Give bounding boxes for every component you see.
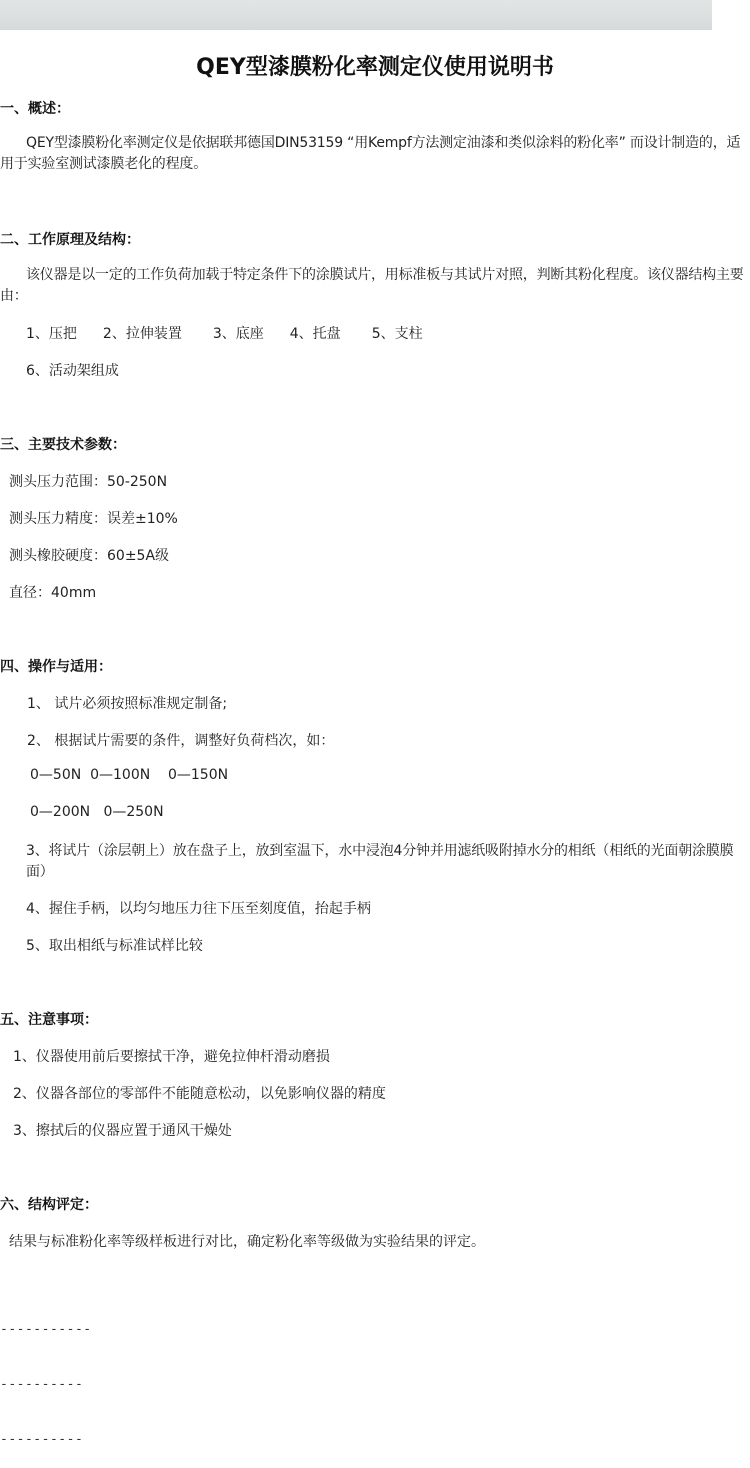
header-image-strip xyxy=(0,0,712,30)
spec-item: 测头压力范围：50-250N xyxy=(9,471,167,491)
part-item: 4、托盘 xyxy=(290,326,341,342)
spec-item: 直径：40mm xyxy=(9,582,96,602)
note-item: 1、仪器使用前后要擦拭干净，避免拉伸杆滑动磨损 xyxy=(13,1046,330,1066)
operation-step: 4、握住手柄，以均匀地压力往下压至刻度值，抬起手柄 xyxy=(26,898,371,918)
part-item: 2、拉伸装置 xyxy=(103,326,182,342)
note-item: 2、仪器各部位的零部件不能随意松动，以免影响仪器的精度 xyxy=(13,1083,386,1103)
load-ranges-row-2: 0—200N 0—250N xyxy=(30,804,164,820)
dashed-divider: ---------- xyxy=(0,1377,83,1392)
operation-step: 3、将试片（涂层朝上）放在盘子上，放到室温下，水中浸泡4分钟并用滤纸吸附掉水分的… xyxy=(26,841,750,883)
section-heading-notes: 五、注意事项： xyxy=(0,1009,98,1029)
operation-step: 1、 试片必须按照标准规定制备; xyxy=(27,693,227,713)
spec-item: 测头压力精度：误差±10% xyxy=(9,508,178,528)
parts-list-row-2: 6、活动架组成 xyxy=(26,360,119,380)
section-heading-overview: 一、概述： xyxy=(0,98,70,118)
operation-step: 2、 根据试片需要的条件，调整好负荷档次，如： xyxy=(27,730,334,750)
dashed-divider: ---------- xyxy=(0,1432,83,1447)
page-title: QEY型漆膜粉化率测定仪使用说明书 xyxy=(0,50,750,81)
part-item: 3、底座 xyxy=(213,326,264,342)
spec-item: 测头橡胶硬度：60±5A级 xyxy=(9,545,169,565)
dashed-divider: ----------- xyxy=(0,1322,92,1337)
section-heading-principle: 二、工作原理及结构： xyxy=(0,229,140,249)
operation-step: 5、取出相纸与标准试样比较 xyxy=(26,935,203,955)
note-item: 3、擦拭后的仪器应置于通风干燥处 xyxy=(13,1120,232,1140)
section-heading-specs: 三、主要技术参数： xyxy=(0,434,126,454)
part-item: 5、支柱 xyxy=(372,326,423,342)
section-heading-evaluation: 六、结构评定： xyxy=(0,1194,98,1214)
overview-paragraph: QEY型漆膜粉化率测定仪是依据联邦德国DIN53159 “用Kempf方法测定油… xyxy=(0,133,748,175)
principle-paragraph: 该仪器是以一定的工作负荷加载于特定条件下的涂膜试片，用标准板与其试片对照，判断其… xyxy=(0,265,748,307)
section-heading-operation: 四、操作与适用： xyxy=(0,656,112,676)
load-ranges-row-1: 0—50N 0—100N 0—150N xyxy=(30,767,228,783)
evaluation-paragraph: 结果与标准粉化率等级样板进行对比，确定粉化率等级做为实验结果的评定。 xyxy=(9,1231,485,1251)
part-item: 1、压把 xyxy=(26,326,77,342)
parts-list-row-1: 1、压把2、拉伸装置3、底座4、托盘5、支柱 xyxy=(26,323,423,343)
